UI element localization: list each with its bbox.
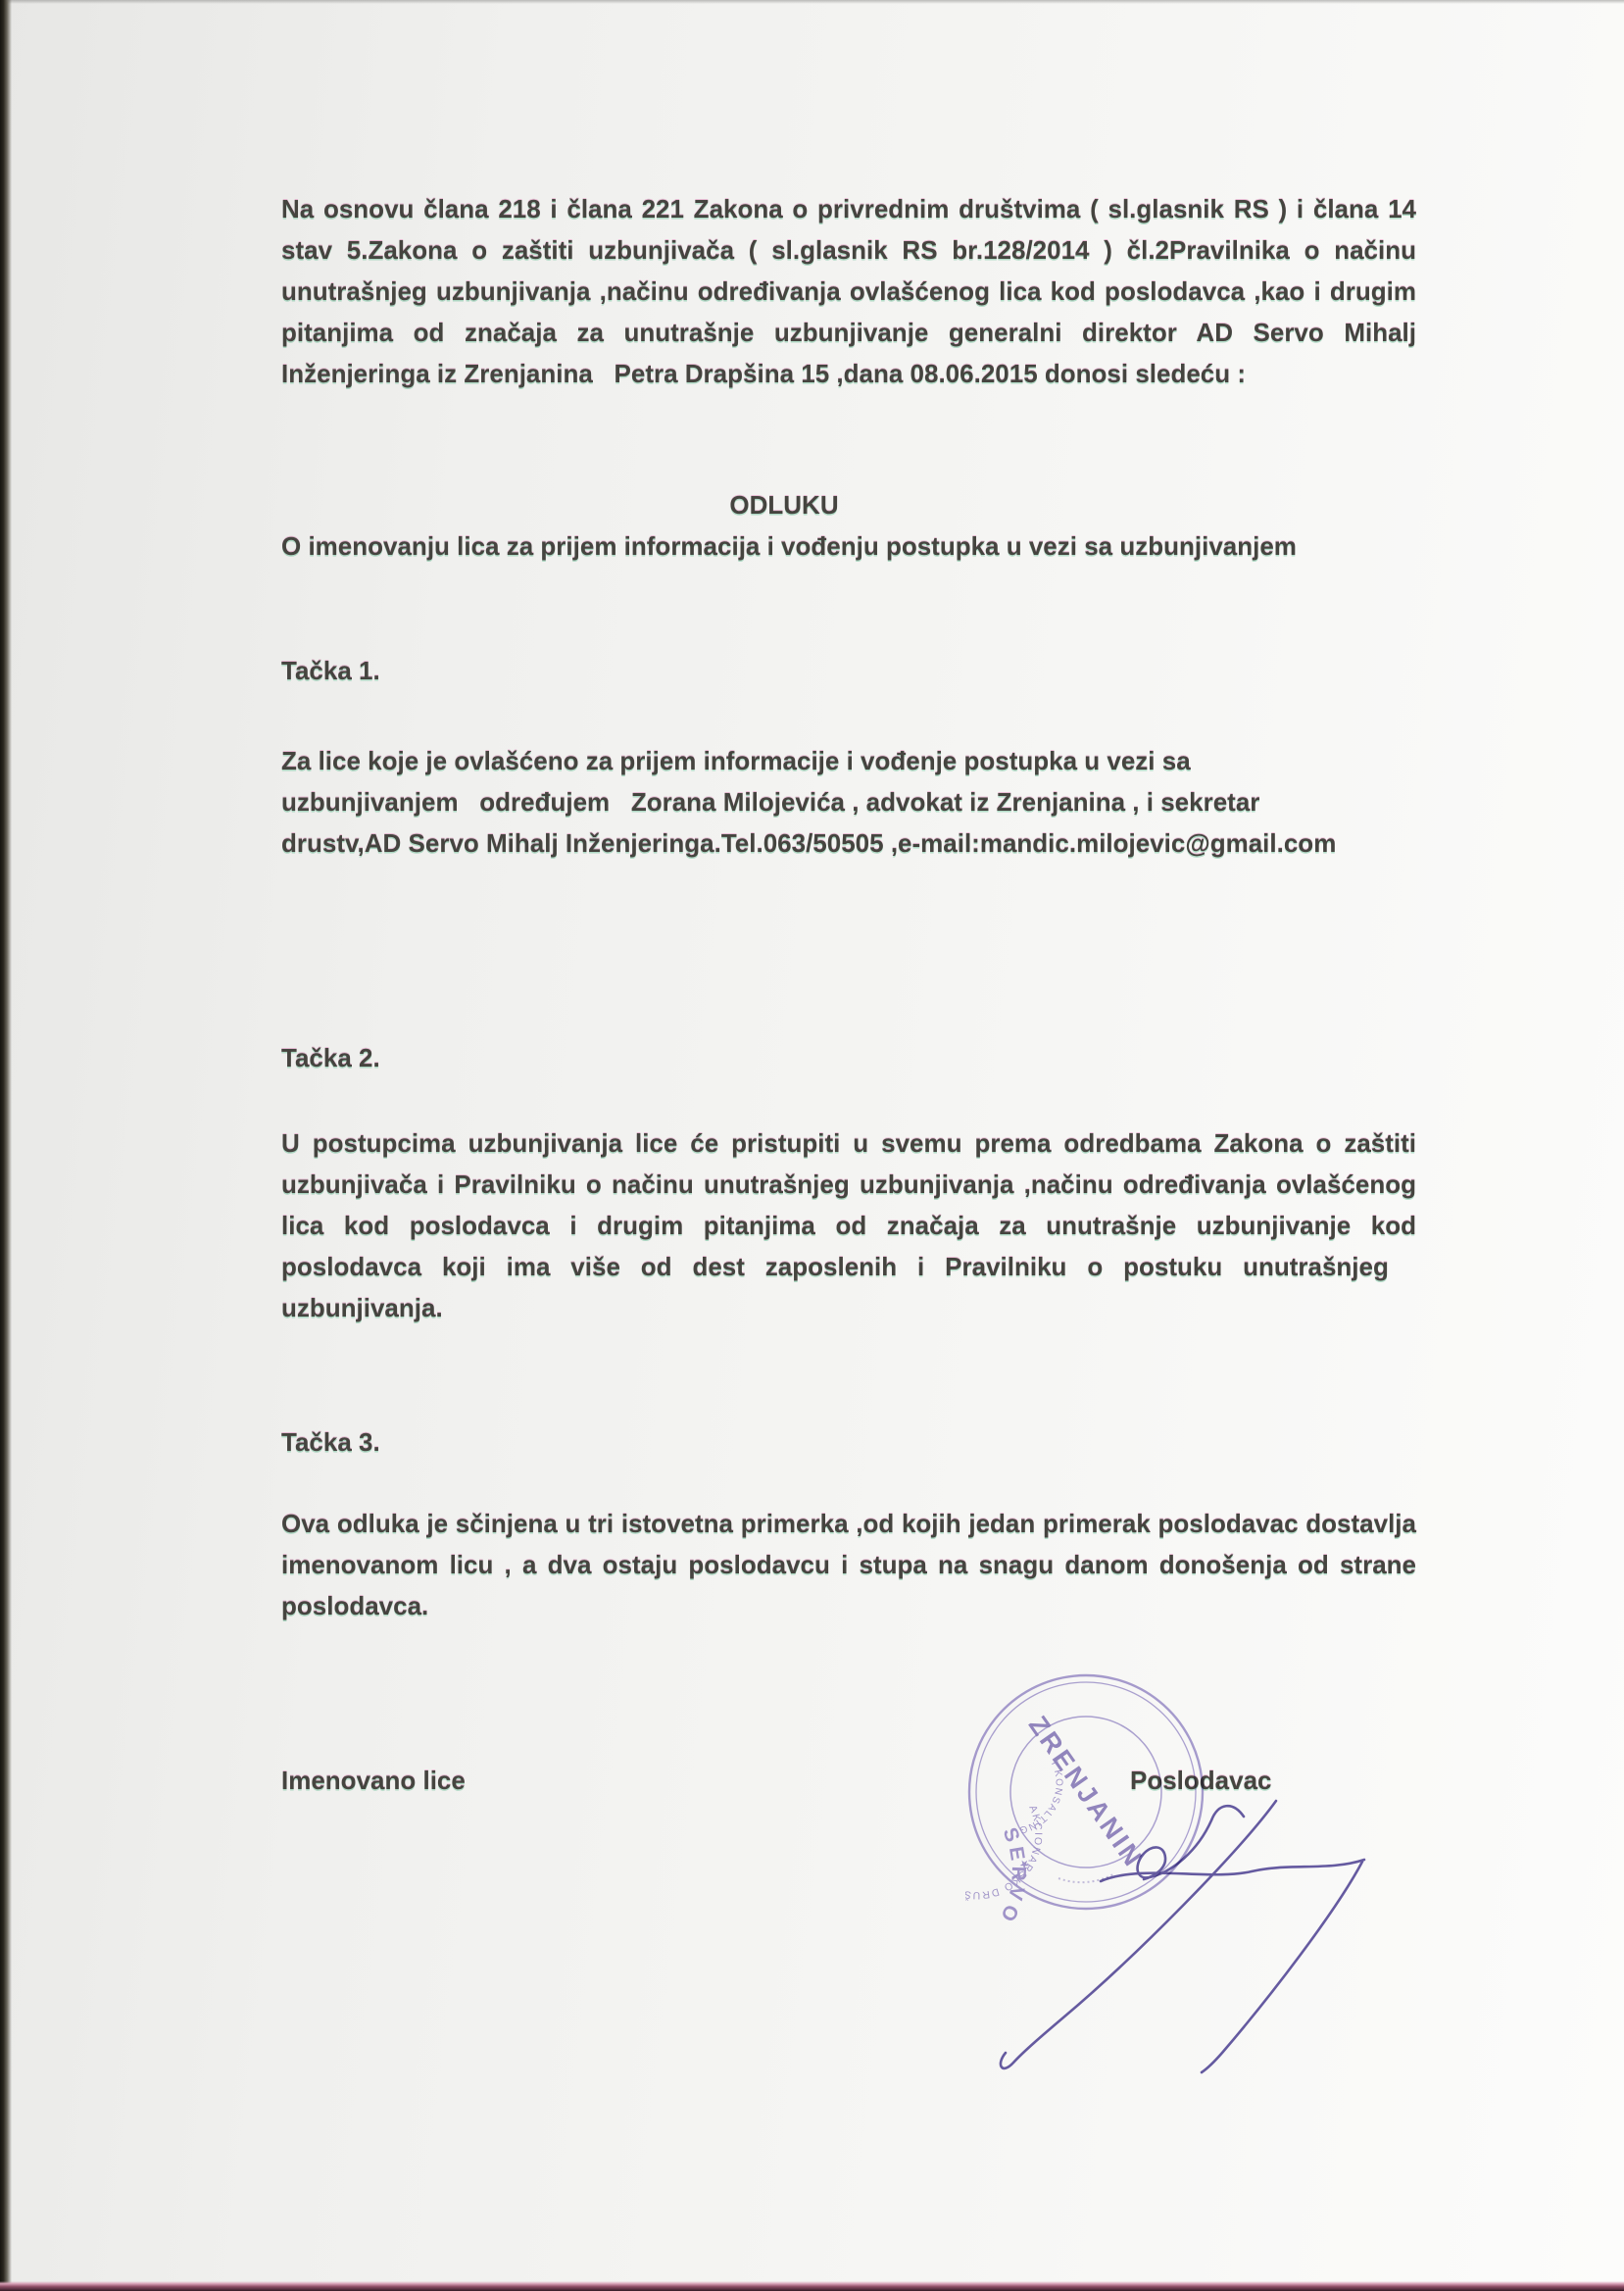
section-2-heading: Tačka 2.: [281, 1037, 1416, 1078]
section-1-body: Za lice koje je ovlašćeno za prijem info…: [281, 740, 1416, 864]
signature-scribble: [911, 1637, 1382, 2098]
signature-diagonal-stroke-1: [1001, 1801, 1276, 2068]
scan-edge-top: [0, 0, 1624, 4]
section-3-body: Ova odluka je sčinjena u tri istovetna p…: [281, 1503, 1416, 1626]
document-title: ODLUKU: [281, 484, 1287, 525]
scanned-document-page: Na osnovu člana 218 i člana 221 Zakona o…: [0, 0, 1624, 2291]
section-1-heading: Tačka 1.: [281, 650, 1416, 691]
section-3-heading: Tačka 3.: [281, 1421, 1416, 1463]
intro-paragraph: Na osnovu člana 218 i člana 221 Zakona o…: [281, 188, 1416, 394]
signature-wave-stroke: [1101, 1860, 1364, 1881]
section-2-body: U postupcima uzbunjivanja lice će pristu…: [281, 1122, 1416, 1328]
signature-left-label: Imenovano lice: [281, 1760, 466, 1801]
scan-edge-left: [0, 0, 12, 2291]
signature-loop-stroke: [1138, 1806, 1244, 1879]
scan-edge-bottom: [0, 2281, 1624, 2291]
document-subtitle: O imenovanju lica za prijem informacija …: [281, 525, 1416, 567]
signature-diagonal-stroke-2: [1202, 1862, 1362, 2072]
